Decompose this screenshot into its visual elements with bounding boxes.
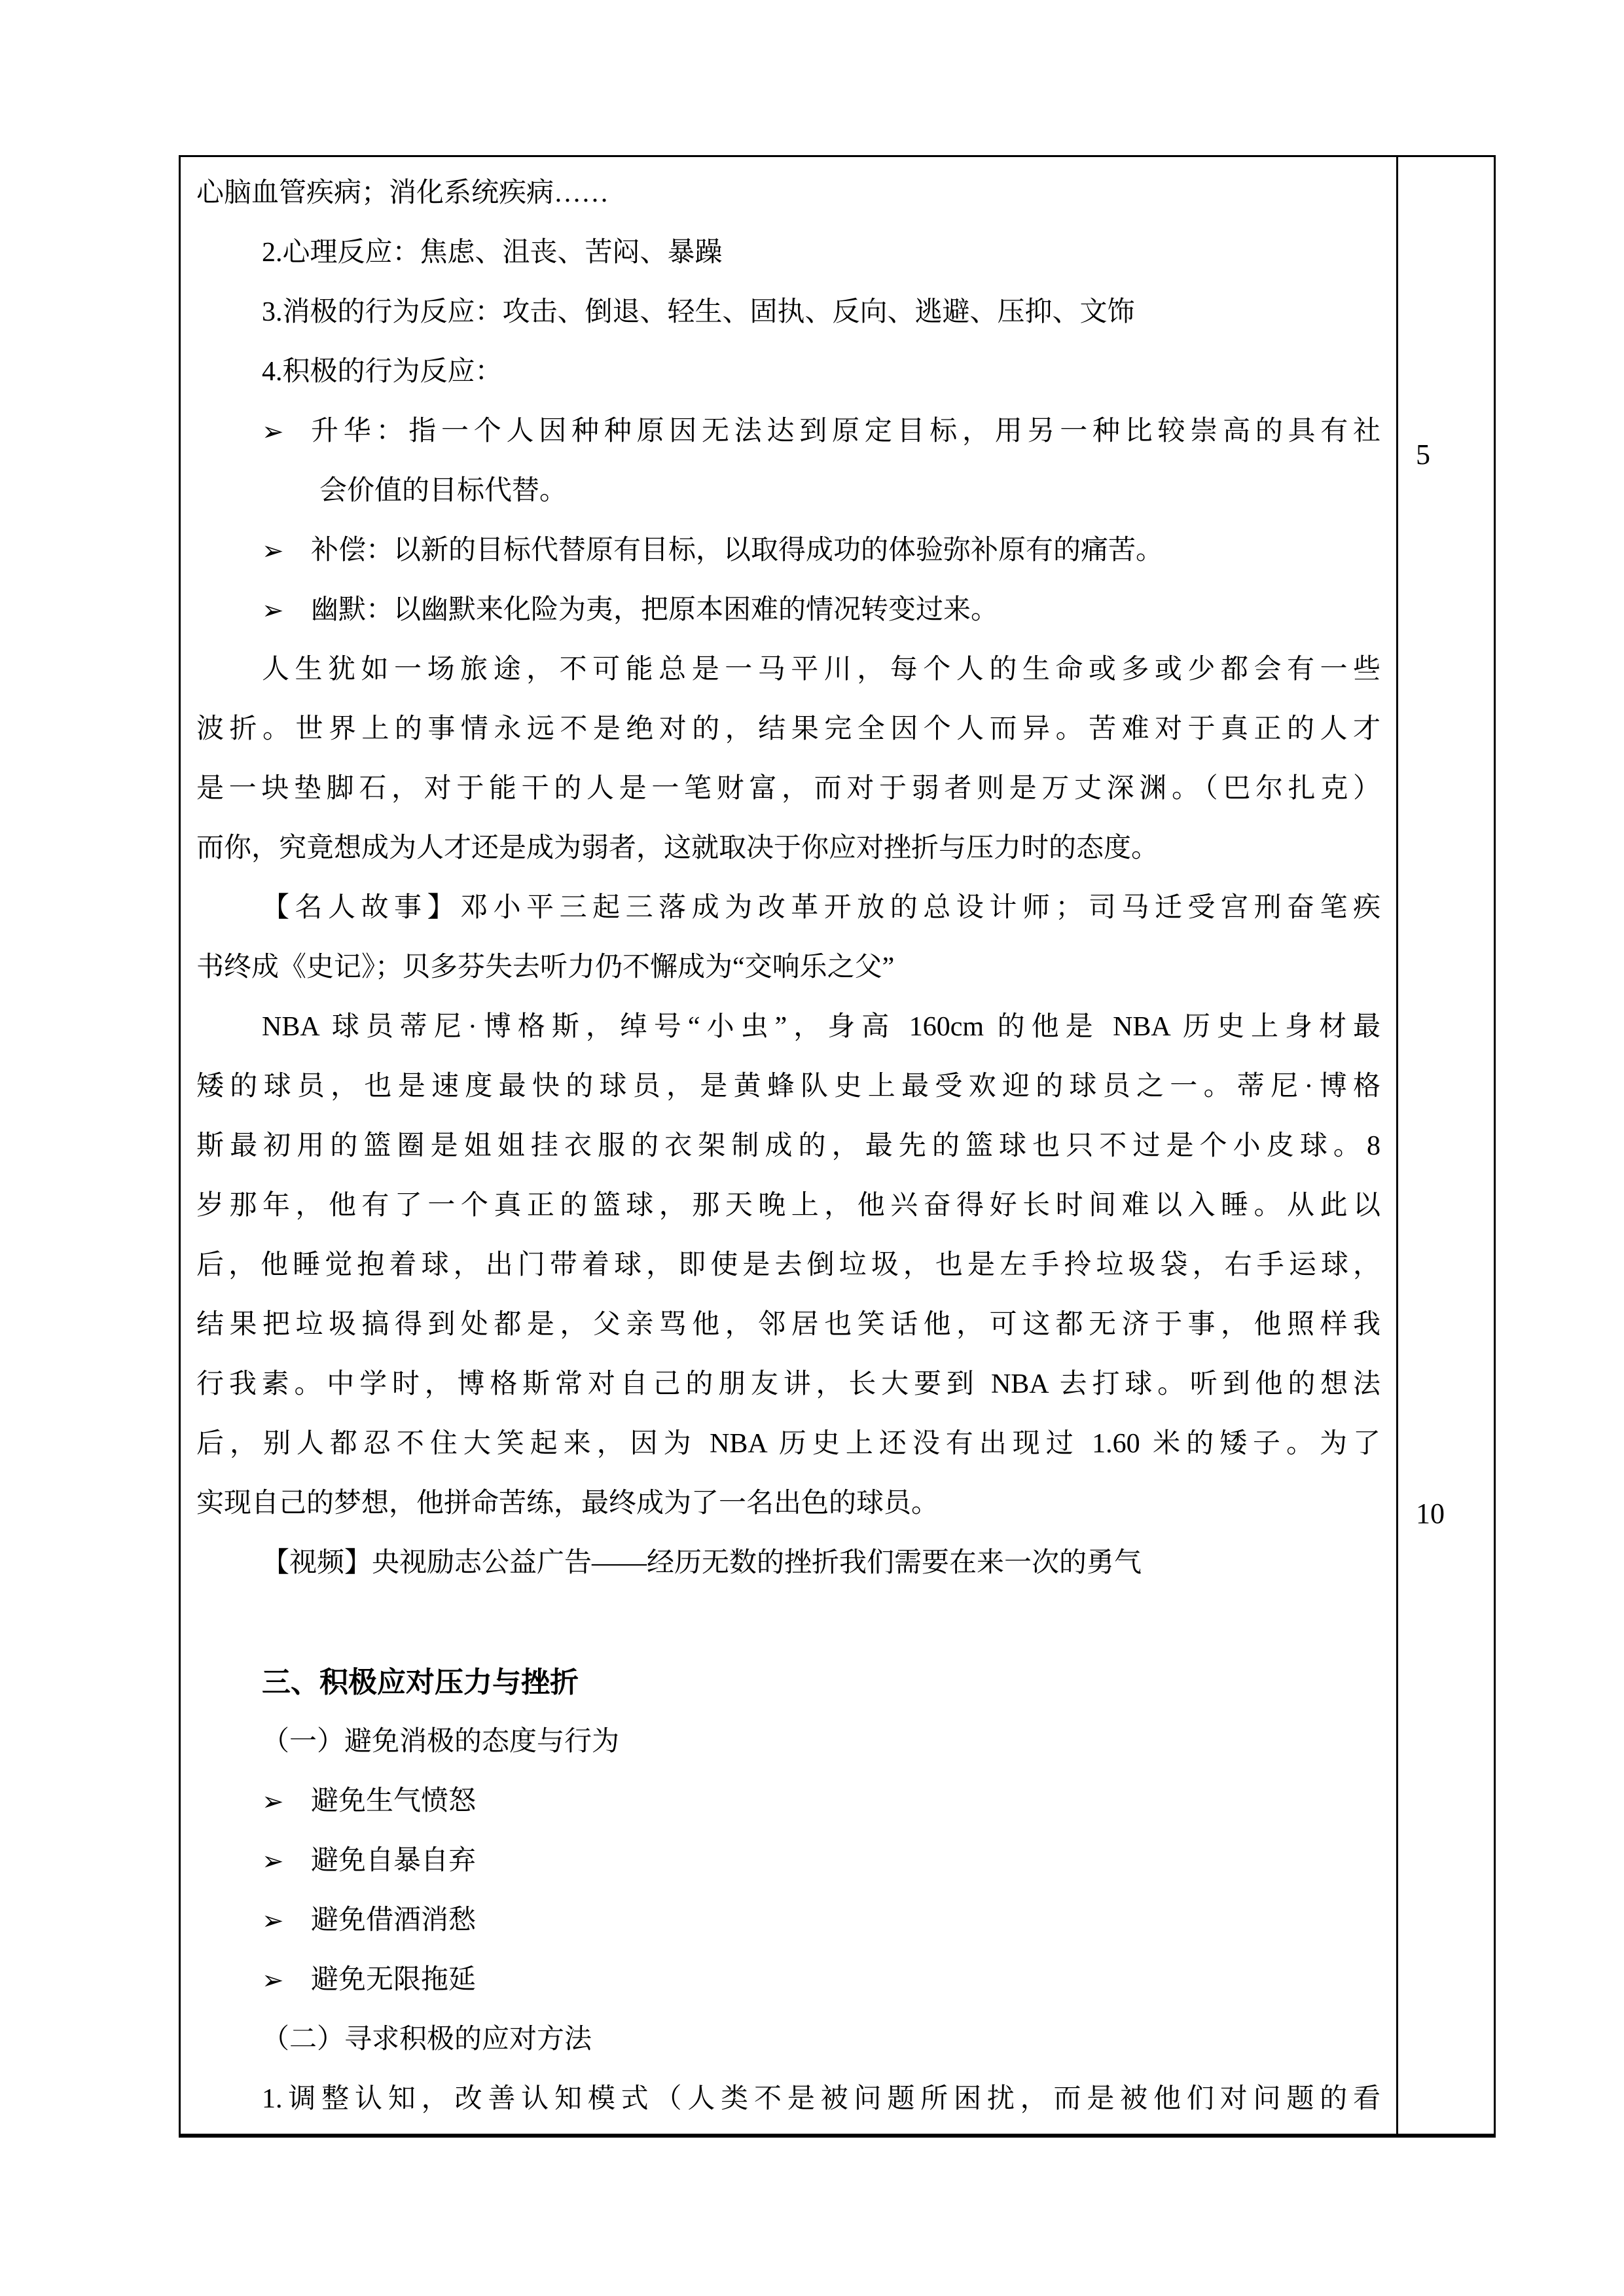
text-line: （二）寻求积极的应对方法 — [196, 2010, 1380, 2070]
text-line: ➢升华：指一个人因种种原因无法达到原定目标，用另一种比较崇高的具有社 — [196, 402, 1380, 461]
arrow-bullet-icon: ➢ — [262, 521, 311, 581]
bullet-text: 升华：指一个人因种种原因无法达到原定目标，用另一种比较崇高的具有社 — [311, 402, 1380, 461]
time-note-10: 10 — [1416, 1494, 1445, 1534]
text-line: 后，他睡觉抱着球，出门带着球，即使是去倒垃圾，也是左手拎垃圾袋，右手运球， — [196, 1236, 1380, 1295]
text-line: ➢补偿：以新的目标代替原有目标，以取得成功的体验弥补原有的痛苦。 — [196, 521, 1380, 581]
text-line: ➢避免借酒消愁 — [196, 1891, 1380, 1950]
text-line: 1.调整认知，改善认知模式（人类不是被问题所困扰，而是被他们对问题的看 — [196, 2070, 1380, 2129]
section-heading: 三、积极应对压力与挫折 — [196, 1653, 1380, 1712]
text-line: 矮的球员，也是速度最快的球员，是黄蜂队史上最受欢迎的球员之一。蒂尼·博格 — [196, 1057, 1380, 1117]
bullet-text: 避免借酒消愁 — [311, 1891, 1380, 1950]
text-line: 【名人故事】邓小平三起三落成为改革开放的总设计师；司马迁受宫刑奋笔疾 — [196, 878, 1380, 938]
bullet-text: 幽默：以幽默来化险为夷，把原本困难的情况转变过来。 — [311, 581, 1380, 640]
bullet-text: 避免无限拖延 — [311, 1950, 1380, 2010]
arrow-bullet-icon: ➢ — [262, 402, 311, 461]
text-line: 人生犹如一场旅途，不可能总是一马平川，每个人的生命或多或少都会有一些 — [196, 640, 1380, 700]
text-line: ➢避免生气愤怒 — [196, 1772, 1380, 1831]
arrow-bullet-icon: ➢ — [262, 1831, 311, 1891]
text-line: 心脑血管疾病；消化系统疾病…… — [196, 164, 1380, 223]
text-line: 2.心理反应：焦虑、沮丧、苦闷、暴躁 — [196, 223, 1380, 283]
text-line: 斯最初用的篮圈是姐姐挂衣服的衣架制成的，最先的篮球也只不过是个小皮球。8 — [196, 1117, 1380, 1176]
text-line: 行我素。中学时，博格斯常对自己的朋友讲，长大要到 NBA 去打球。听到他的想法 — [196, 1355, 1380, 1414]
text-line: 实现自己的梦想，他拼命苦练，最终成为了一名出色的球员。 — [196, 1474, 1380, 1534]
arrow-bullet-icon: ➢ — [262, 1772, 311, 1831]
bullet-text: 补偿：以新的目标代替原有目标，以取得成功的体验弥补原有的痛苦。 — [311, 521, 1380, 581]
text-line: 岁那年，他有了一个真正的篮球，那天晚上，他兴奋得好长时间难以入睡。从此以 — [196, 1176, 1380, 1236]
text-line: 会价值的目标代替。 — [196, 461, 1380, 521]
text-line: 是一块垫脚石，对于能干的人是一笔财富，而对于弱者则是万丈深渊。（巴尔扎克） — [196, 759, 1380, 819]
text-line: 4.积极的行为反应： — [196, 342, 1380, 402]
text-line: （一）避免消极的态度与行为 — [196, 1712, 1380, 1772]
bullet-text: 避免生气愤怒 — [311, 1772, 1380, 1831]
text-line: ➢幽默：以幽默来化险为夷，把原本困难的情况转变过来。 — [196, 581, 1380, 640]
text-line: ➢避免无限拖延 — [196, 1950, 1380, 2010]
text-line: 结果把垃圾搞得到处都是，父亲骂他，邻居也笑话他，可这都无济于事，他照样我 — [196, 1295, 1380, 1355]
bullet-text: 避免自暴自弃 — [311, 1831, 1380, 1891]
blank-line — [196, 1593, 1380, 1653]
text-line: 3.消极的行为反应：攻击、倒退、轻生、固执、反向、逃避、压抑、文饰 — [196, 283, 1380, 342]
text-line: 波折。世界上的事情永远不是绝对的，结果完全因个人而异。苦难对于真正的人才 — [196, 700, 1380, 759]
arrow-bullet-icon: ➢ — [262, 581, 311, 640]
time-note-5: 5 — [1416, 435, 1430, 475]
text-line: 【视频】央视励志公益广告——经历无数的挫折我们需要在来一次的勇气 — [196, 1534, 1380, 1593]
text-line: 而你，究竟想成为人才还是成为弱者，这就取决于你应对挫折与压力时的态度。 — [196, 819, 1380, 878]
text-line: 书终成《史记》；贝多芬失去听力仍不懈成为“交响乐之父” — [196, 938, 1380, 997]
lesson-plan-table: 心脑血管疾病；消化系统疾病……2.心理反应：焦虑、沮丧、苦闷、暴躁3.消极的行为… — [179, 155, 1496, 2138]
lesson-content-cell: 心脑血管疾病；消化系统疾病……2.心理反应：焦虑、沮丧、苦闷、暴躁3.消极的行为… — [181, 157, 1398, 2134]
text-line: 后，别人都忍不住大笑起来，因为 NBA 历史上还没有出现过 1.60 米的矮子。… — [196, 1414, 1380, 1474]
time-allocation-cell: 5 10 — [1398, 157, 1494, 2134]
text-line: ➢避免自暴自弃 — [196, 1831, 1380, 1891]
arrow-bullet-icon: ➢ — [262, 1891, 311, 1950]
text-line: NBA 球员蒂尼·博格斯，绰号“小虫”，身高 160cm 的他是 NBA 历史上… — [196, 997, 1380, 1057]
arrow-bullet-icon: ➢ — [262, 1950, 311, 2010]
document-page: 心脑血管疾病；消化系统疾病……2.心理反应：焦虑、沮丧、苦闷、暴躁3.消极的行为… — [0, 0, 1624, 2296]
